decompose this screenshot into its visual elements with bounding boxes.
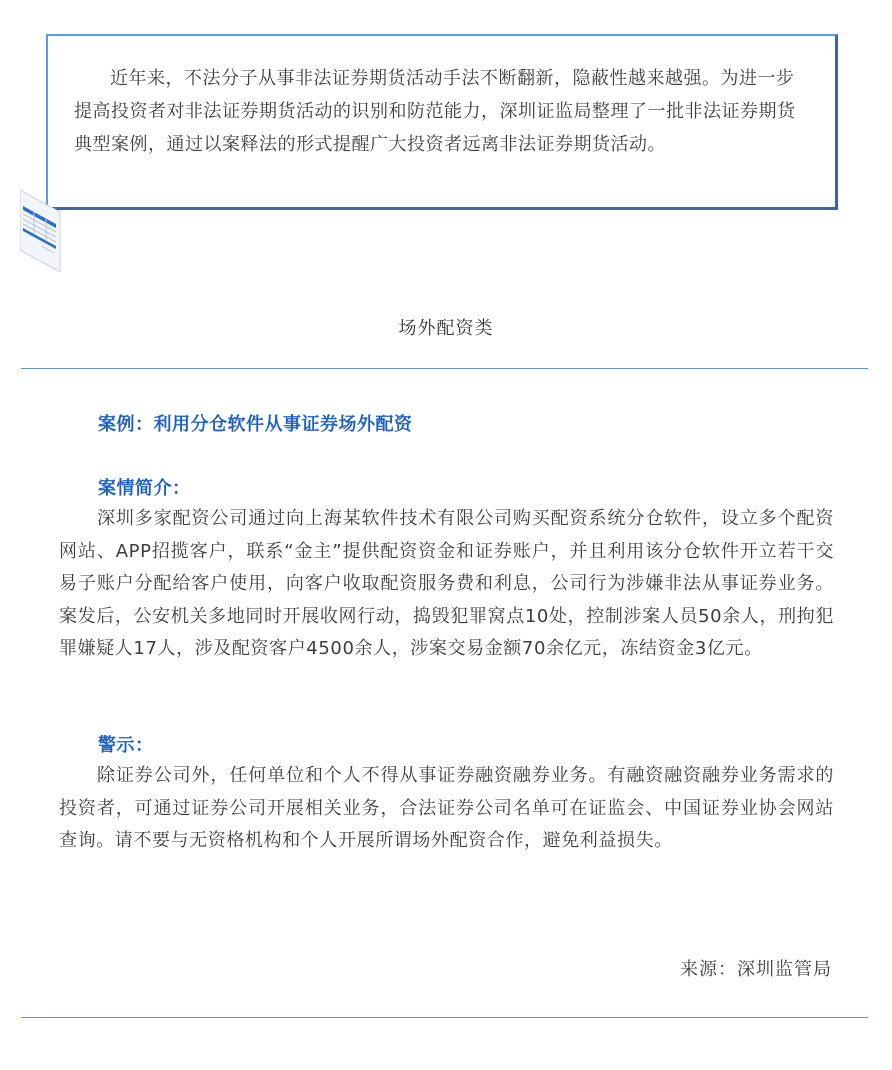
document-table-icon — [20, 190, 64, 272]
warning-heading: 警示： — [98, 731, 154, 757]
bottom-divider — [21, 1017, 868, 1018]
warning-text: 除证券公司外，任何单位和个人不得从事证券融资融券业务。有融资融资融券业务需求的投… — [59, 760, 834, 858]
summary-heading: 案情简介： — [98, 474, 191, 500]
intro-text: 近年来，不法分子从事非法证券期货活动手法不断翻新，隐蔽性越来越强。为进一步提高投… — [74, 62, 809, 161]
section-title: 场外配资类 — [0, 314, 892, 340]
top-divider — [21, 368, 868, 369]
summary-text: 深圳多家配资公司通过向上海某软件技术有限公司购买配资系统分仓软件，设立多个配资网… — [59, 503, 834, 666]
intro-box: 近年来，不法分子从事非法证券期货活动手法不断翻新，隐蔽性越来越强。为进一步提高投… — [46, 34, 838, 210]
source-credit: 来源：深圳监管局 — [680, 955, 832, 981]
case-title: 案例：利用分仓软件从事证券场外配资 — [98, 410, 413, 436]
